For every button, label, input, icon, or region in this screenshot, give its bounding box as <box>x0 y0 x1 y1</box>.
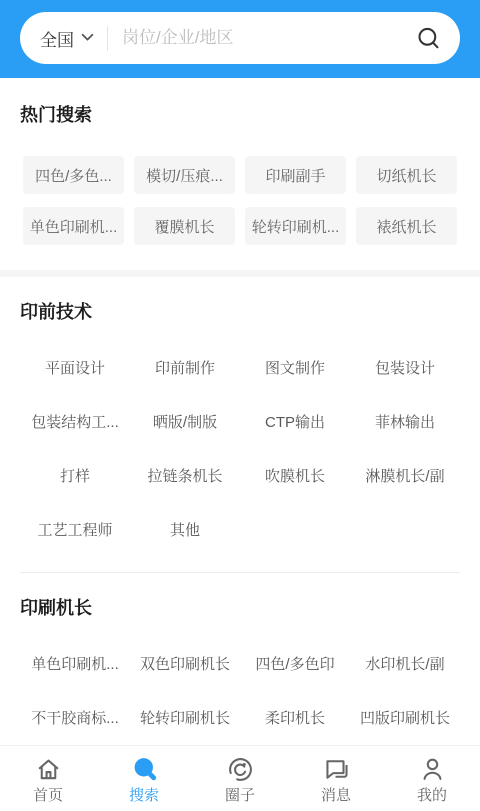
tab-home[interactable]: 首页 <box>0 746 96 811</box>
category-item[interactable]: 柔印机长 <box>240 707 350 728</box>
tab-label: 我的 <box>417 787 447 805</box>
hot-search-tag[interactable]: 模切/压痕... <box>134 156 235 194</box>
category-item[interactable]: 图文制作 <box>240 357 350 378</box>
region-label: 全国 <box>40 26 74 51</box>
region-selector[interactable]: 全国 <box>40 26 94 51</box>
category-item[interactable]: 工艺工程师 <box>20 519 130 540</box>
category-section-press-operator: 印刷机长 单色印刷机...双色印刷机长四色/多色印水印机长/副不干胶商标...轮… <box>0 573 480 728</box>
category-item[interactable]: 双色印刷机长 <box>130 653 240 674</box>
category-items: 单色印刷机...双色印刷机长四色/多色印水印机长/副不干胶商标...轮转印刷机长… <box>20 653 460 728</box>
category-item[interactable]: 凹版印刷机长 <box>350 707 460 728</box>
category-item[interactable]: 单色印刷机... <box>20 653 130 674</box>
hot-search-tag[interactable]: 切纸机长 <box>356 156 457 194</box>
category-section-title: 印前技术 <box>20 298 480 324</box>
category-item[interactable]: 打样 <box>20 465 130 486</box>
category-item[interactable]: 其他 <box>130 519 240 540</box>
app-header: 全国 <box>0 0 480 78</box>
tab-label: 消息 <box>321 787 351 805</box>
category-item[interactable]: CTP输出 <box>240 411 350 432</box>
category-section-title: 印刷机长 <box>20 594 480 620</box>
category-item[interactable]: 吹膜机长 <box>240 465 350 486</box>
tab-circle[interactable]: 圈子 <box>192 746 288 811</box>
profile-icon <box>418 755 447 785</box>
hot-search-title: 热门搜索 <box>20 101 480 127</box>
hot-search-tag[interactable]: 轮转印刷机... <box>245 207 346 245</box>
search-bar-divider <box>107 26 108 51</box>
tab-label: 搜索 <box>129 787 159 805</box>
message-icon <box>322 755 351 785</box>
category-item[interactable]: 不干胶商标... <box>20 707 130 728</box>
hot-search-tag[interactable]: 印刷副手 <box>245 156 346 194</box>
bottom-tab-bar: 首页 搜索 圈子 <box>0 745 480 811</box>
hot-search-tag[interactable]: 四色/多色... <box>23 156 124 194</box>
category-items: 平面设计印前制作图文制作包装设计包装结构工...晒版/制版CTP输出菲林输出打样… <box>20 357 460 540</box>
search-bar: 全国 <box>20 12 460 64</box>
app-screen: 全国 热门搜索 四色/多色...模切/压痕...印刷副手切纸机长单色印刷机...… <box>0 0 480 811</box>
category-item[interactable]: 四色/多色印 <box>240 653 350 674</box>
category-item[interactable]: 拉链条机长 <box>130 465 240 486</box>
category-item[interactable]: 淋膜机长/副 <box>350 465 460 486</box>
hot-search-tag[interactable]: 单色印刷机... <box>23 207 124 245</box>
category-item[interactable]: 晒版/制版 <box>130 411 240 432</box>
hot-search-section: 热门搜索 四色/多色...模切/压痕...印刷副手切纸机长单色印刷机...覆膜机… <box>0 78 480 245</box>
tab-profile[interactable]: 我的 <box>384 746 480 811</box>
category-section-prepress: 印前技术 平面设计印前制作图文制作包装设计包装结构工...晒版/制版CTP输出菲… <box>0 277 480 572</box>
chevron-down-icon <box>81 29 94 47</box>
home-icon <box>34 755 63 785</box>
tab-label: 圈子 <box>225 787 255 805</box>
category-item[interactable]: 印前制作 <box>130 357 240 378</box>
circle-icon <box>226 755 255 785</box>
tab-label: 首页 <box>33 787 63 805</box>
section-divider <box>0 270 480 277</box>
search-icon[interactable] <box>415 25 442 52</box>
category-item[interactable]: 包装结构工... <box>20 411 130 432</box>
category-item[interactable]: 轮转印刷机长 <box>130 707 240 728</box>
search-input[interactable] <box>122 28 407 48</box>
category-item[interactable]: 包装设计 <box>350 357 460 378</box>
category-item[interactable]: 水印机长/副 <box>350 653 460 674</box>
tab-search[interactable]: 搜索 <box>96 746 192 811</box>
hot-search-tag[interactable]: 裱纸机长 <box>356 207 457 245</box>
search-icon <box>130 755 159 785</box>
category-item[interactable]: 平面设计 <box>20 357 130 378</box>
hot-search-tags: 四色/多色...模切/压痕...印刷副手切纸机长单色印刷机...覆膜机长轮转印刷… <box>23 156 457 245</box>
category-item[interactable]: 菲林输出 <box>350 411 460 432</box>
hot-search-tag[interactable]: 覆膜机长 <box>134 207 235 245</box>
tab-messages[interactable]: 消息 <box>288 746 384 811</box>
